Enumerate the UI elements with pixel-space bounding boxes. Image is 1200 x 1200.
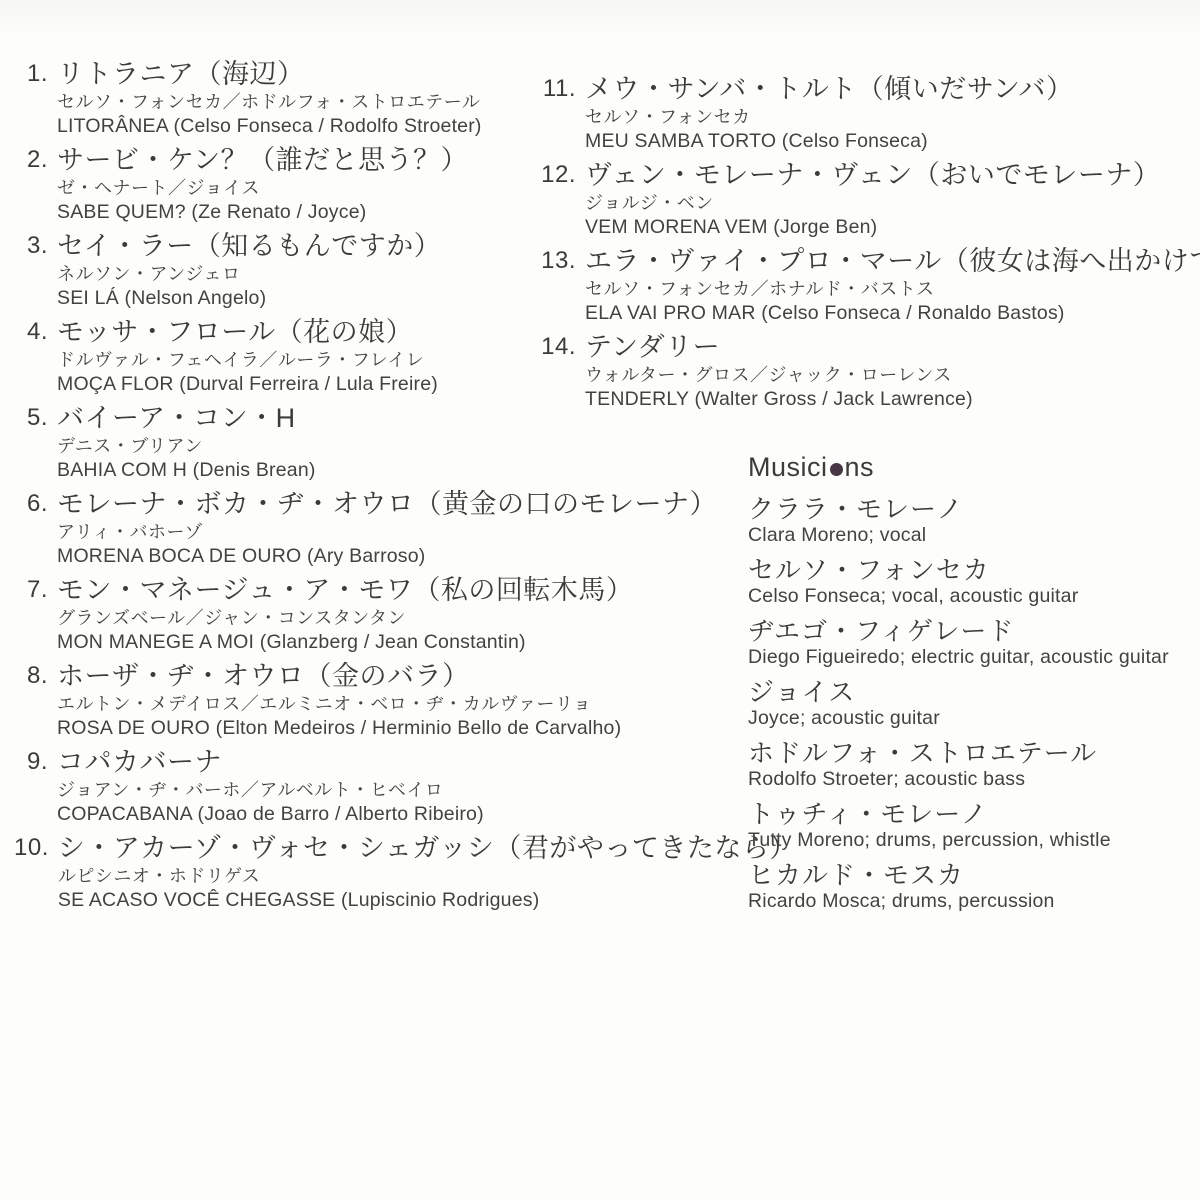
track-item: 8. ホーザ・ヂ・オウロ（金のバラ） エルトン・メデイロス／エルミニオ・ベロ・ヂ… — [14, 659, 714, 741]
track-number: 10. — [14, 831, 58, 865]
track-title-jp: エラ・ヴァイ・プロ・マール（彼女は海へ出かけてく） — [585, 244, 1200, 278]
track-number: 11. — [532, 72, 585, 106]
track-title-roman: BAHIA COM H (Denis Brean) — [57, 458, 714, 483]
track-composer-jp: デニス・ブリアン — [57, 435, 714, 458]
track-title-roman: MON MANEGE A MOI (Glanzberg / Jean Const… — [57, 630, 714, 655]
track-number: 14. — [532, 330, 585, 364]
track-title-roman: ROSA DE OURO (Elton Medeiros / Herminio … — [57, 716, 714, 741]
track-composer-jp: ジョルジ・ベン — [585, 192, 1200, 215]
musician-name-jp: ヂエゴ・フィゲレード — [748, 617, 1200, 646]
musician-entry: セルソ・フォンセカ Celso Fonseca; vocal, acoustic… — [748, 556, 1200, 608]
musician-name-jp: ホドルフォ・ストロエテール — [748, 739, 1200, 768]
musician-entry: トゥチィ・モレーノ Tutty Moreno; drums, percussio… — [748, 800, 1200, 852]
track-number: 8. — [14, 659, 57, 693]
musician-credit: Ricardo Mosca; drums, percussion — [748, 890, 1200, 913]
track-title-roman: MEU SAMBA TORTO (Celso Fonseca) — [585, 129, 1200, 154]
track-number: 1. — [14, 57, 57, 91]
musician-name-jp: ジョイス — [748, 678, 1200, 707]
track-list-right: 11. メウ・サンバ・トルト（傾いだサンバ） セルソ・フォンセカ MEU SAM… — [532, 72, 1200, 416]
musician-entry: ヒカルド・モスカ Ricardo Mosca; drums, percussio… — [748, 861, 1200, 913]
track-number: 3. — [14, 229, 57, 263]
track-item: 14. テンダリー ウォルター・グロス／ジャック・ローレンス TENDERLY … — [532, 330, 1200, 412]
track-composer-jp: アリィ・バホーゾ — [57, 521, 717, 544]
musician-credit: Joyce; acoustic guitar — [748, 707, 1200, 730]
track-item: 10. シ・アカーゾ・ヴォセ・シェガッシ（君がやってきたなら） ルピシニオ・ホド… — [14, 831, 714, 913]
musician-entry: クララ・モレーノ Clara Moreno; vocal — [748, 495, 1200, 547]
track-title-jp: シ・アカーゾ・ヴォセ・シェガッシ（君がやってきたなら） — [58, 831, 797, 865]
track-composer-jp: ウォルター・グロス／ジャック・ローレンス — [585, 364, 1200, 387]
track-title-roman: ELA VAI PRO MAR (Celso Fonseca / Ronaldo… — [585, 301, 1200, 326]
musician-entry: ジョイス Joyce; acoustic guitar — [748, 678, 1200, 730]
track-composer-jp: セルソ・フォンセカ — [585, 106, 1200, 129]
track-title-jp: モレーナ・ボカ・ヂ・オウロ（黄金の口のモレーナ） — [57, 487, 717, 521]
track-title-roman: MORENA BOCA DE OURO (Ary Barroso) — [57, 544, 717, 569]
track-title-roman: TENDERLY (Walter Gross / Jack Lawrence) — [585, 387, 1200, 412]
musician-credit: Diego Figueiredo; electric guitar, acous… — [748, 646, 1200, 669]
musician-name-jp: ヒカルド・モスカ — [748, 861, 1200, 890]
track-composer-jp: セルソ・フォンセカ／ホナルド・バストス — [585, 278, 1200, 301]
musician-credit: Rodolfo Stroeter; acoustic bass — [748, 768, 1200, 791]
musician-credit: Tutty Moreno; drums, percussion, whistle — [748, 829, 1200, 852]
track-title-jp: モン・マネージュ・ア・モワ（私の回転木馬） — [57, 573, 714, 607]
musicians-heading-post: ns — [845, 452, 875, 482]
track-item: 9. コパカバーナ ジョアン・ヂ・バーホ／アルベルト・ヒベイロ COPACABA… — [14, 745, 714, 827]
track-title-roman: COPACABANA (Joao de Barro / Alberto Ribe… — [57, 802, 714, 827]
track-composer-jp: エルトン・メデイロス／エルミニオ・ベロ・ヂ・カルヴァーリョ — [57, 693, 714, 716]
track-title-jp: ヴェン・モレーナ・ヴェン（おいでモレーナ） — [585, 158, 1200, 192]
track-item: 7. モン・マネージュ・ア・モワ（私の回転木馬） グランズベール／ジャン・コンス… — [14, 573, 714, 655]
musician-name-jp: トゥチィ・モレーノ — [748, 800, 1200, 829]
track-composer-jp: グランズベール／ジャン・コンスタンタン — [57, 607, 714, 630]
track-number: 12. — [532, 158, 585, 192]
track-number: 2. — [14, 143, 57, 177]
musician-name-jp: セルソ・フォンセカ — [748, 556, 1200, 585]
musician-entry: ヂエゴ・フィゲレード Diego Figueiredo; electric gu… — [748, 617, 1200, 669]
track-title-jp: コパカバーナ — [57, 745, 714, 779]
musician-entry: ホドルフォ・ストロエテール Rodolfo Stroeter; acoustic… — [748, 739, 1200, 791]
musicians-heading: Musicins — [748, 452, 1200, 482]
track-number: 6. — [14, 487, 57, 521]
track-composer-jp: ジョアン・ヂ・バーホ／アルベルト・ヒベイロ — [57, 779, 714, 802]
track-title-jp: ホーザ・ヂ・オウロ（金のバラ） — [57, 659, 714, 693]
musician-credit: Clara Moreno; vocal — [748, 524, 1200, 547]
track-item: 11. メウ・サンバ・トルト（傾いだサンバ） セルソ・フォンセカ MEU SAM… — [532, 72, 1200, 154]
track-item: 6. モレーナ・ボカ・ヂ・オウロ（黄金の口のモレーナ） アリィ・バホーゾ MOR… — [14, 487, 714, 569]
cd-liner-notes-page: 1. リトラニア（海辺） セルソ・フォンセカ／ホドルフォ・ストロエテール LIT… — [0, 0, 1200, 1200]
musicians-heading-pre: Musici — [748, 452, 828, 482]
letter-a-dot-icon — [830, 463, 843, 476]
track-number: 7. — [14, 573, 57, 607]
musician-name-jp: クララ・モレーノ — [748, 495, 1200, 524]
track-title-jp: テンダリー — [585, 330, 1200, 364]
track-title-roman: VEM MORENA VEM (Jorge Ben) — [585, 215, 1200, 240]
track-title-roman: SE ACASO VOCÊ CHEGASSE (Lupiscinio Rodri… — [58, 888, 797, 913]
track-item: 13. エラ・ヴァイ・プロ・マール（彼女は海へ出かけてく） セルソ・フォンセカ／… — [532, 244, 1200, 326]
track-title-jp: メウ・サンバ・トルト（傾いだサンバ） — [585, 72, 1200, 106]
track-composer-jp: ルピシニオ・ホドリゲス — [58, 865, 797, 888]
musicians-section: Musicins クララ・モレーノ Clara Moreno; vocal セル… — [748, 452, 1200, 922]
track-number: 9. — [14, 745, 57, 779]
track-item: 12. ヴェン・モレーナ・ヴェン（おいでモレーナ） ジョルジ・ベン VEM MO… — [532, 158, 1200, 240]
track-number: 4. — [14, 315, 57, 349]
track-number: 5. — [14, 401, 57, 435]
musician-credit: Celso Fonseca; vocal, acoustic guitar — [748, 585, 1200, 608]
track-number: 13. — [532, 244, 585, 278]
